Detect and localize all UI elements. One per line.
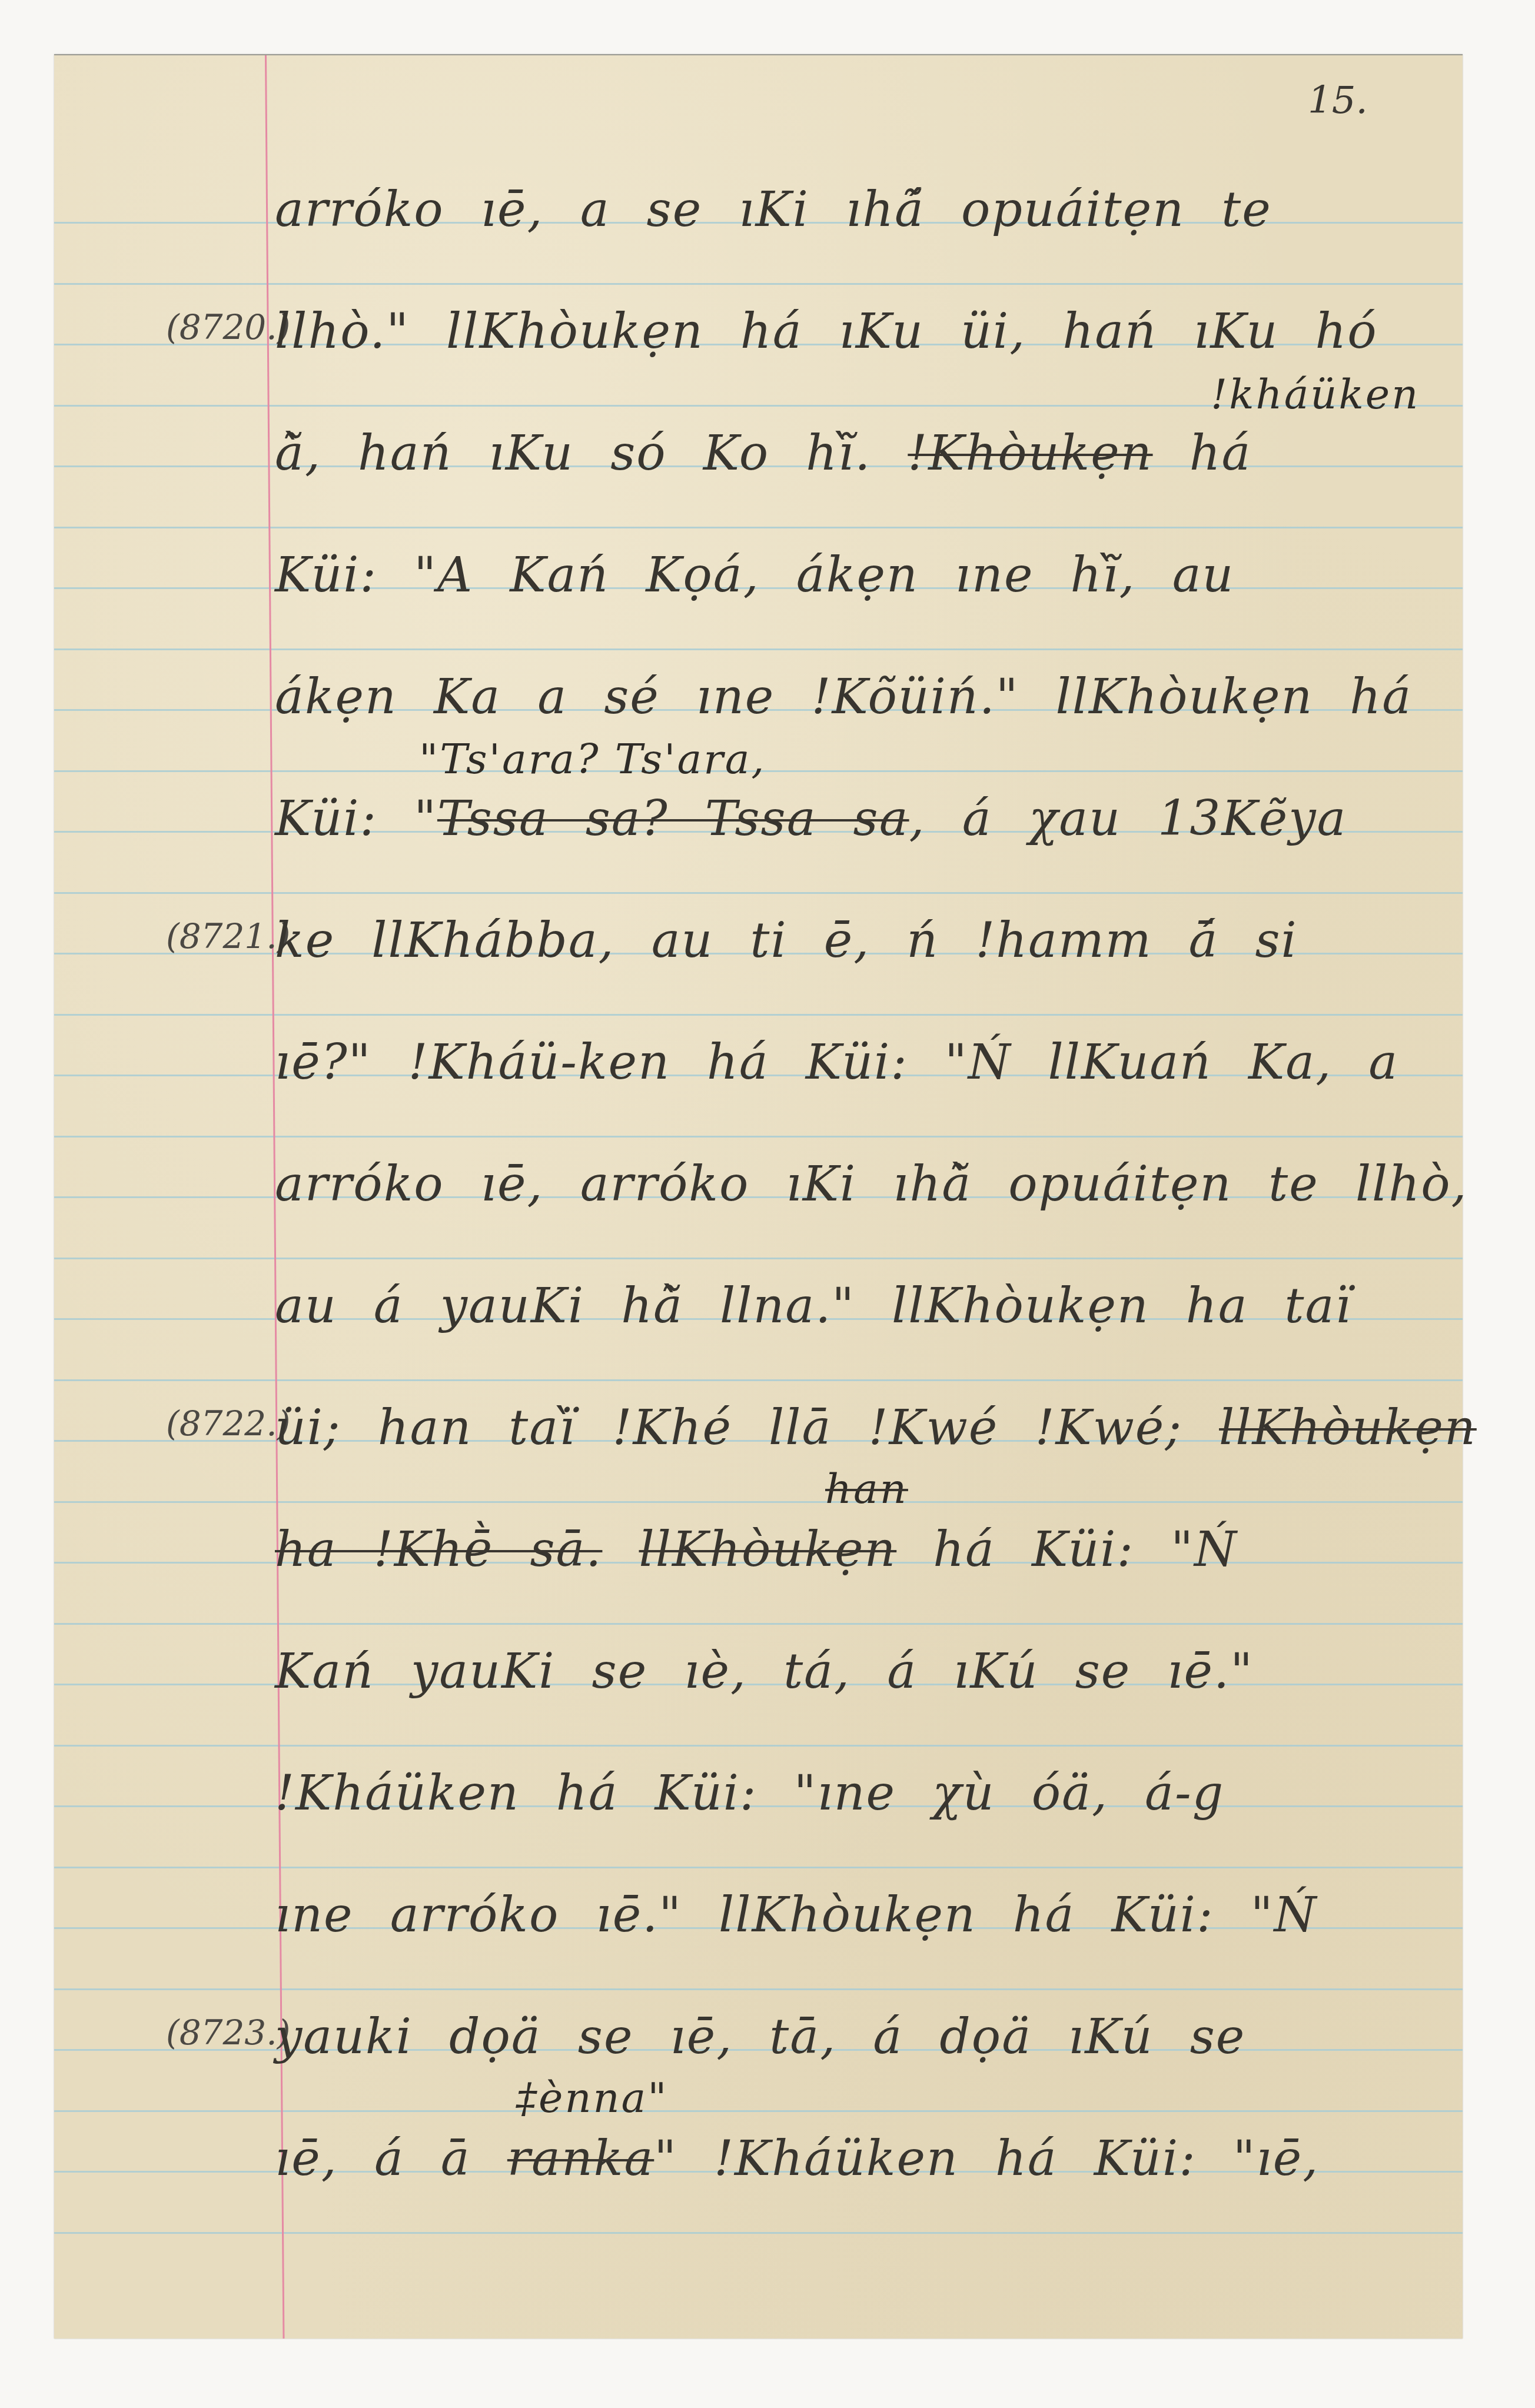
manuscript-line-3: ã̀, hań ıKu só Ko hĩ̀. !Khòukẹn há (275, 430, 1439, 478)
line-17-struck-word: ranka (507, 2131, 654, 2187)
manuscript-line-17: ıē, á ā ranka" !Kháüken há Küi: "ıē, (275, 2135, 1439, 2183)
ruled-line (54, 1014, 1463, 1016)
manuscript-line-13: Kań yauKi se ıè, tá, á ıKú se ıē." (275, 1648, 1439, 1696)
ruled-line (54, 1988, 1463, 1990)
ruled-line (54, 2232, 1463, 2234)
ruled-line (54, 283, 1463, 285)
line-3-struck-word: !Khòukẹn (908, 425, 1152, 481)
ruled-line (54, 1867, 1463, 1868)
manuscript-line-16: yauki dọä se ıē, tā, á dọä ıKú se (275, 2013, 1439, 2061)
manuscript-line-14: !Kháüken há Küi: "ıne χù óä, á-g (275, 1770, 1439, 1818)
manuscript-line-9: arróko ıē, arróko ıKi ıhã̀ opuáitẹn te l… (275, 1160, 1439, 1209)
manuscript-line-8: ıē?" !Kháü-ken há Küi: "Ń llKuań Ka, a (275, 1039, 1439, 1087)
manuscript-page: 15. (8720.) (8721.) (8722.) (8723.) !khá… (54, 54, 1463, 2339)
line-12-struck-phrase: ha !Khḕ sā. (275, 1522, 602, 1578)
manuscript-line-15: ıne arróko ıē." llKhòukẹn há Küi: "Ń (275, 1891, 1439, 1940)
manuscript-line-11: üi; han taï̀ !Khé llā !Kwé !Kwé; llKhòuk… (275, 1404, 1439, 1452)
ruled-line (54, 1379, 1463, 1381)
manuscript-line-5: ákẹn Ka a sé ıne !Kõüiń." llKhòukẹn há (275, 673, 1439, 721)
line-6-text-end: , á χau 13Kẽya (909, 791, 1347, 847)
line-12-struck-word: llKhòukẹn (639, 1522, 897, 1578)
line-17-text: ıē, á ā (275, 2131, 471, 2187)
page-number: 15. (1308, 79, 1368, 122)
ruled-line (54, 892, 1463, 894)
manuscript-line-1: arróko ıē, a se ıKi ıhã́ opuáitẹn te (275, 186, 1439, 234)
margin-reference-8722: (8722.) (166, 1403, 290, 1444)
insertion-han-struck: han (825, 1465, 908, 1513)
ruled-line (54, 527, 1463, 528)
margin-reference-8720: (8720.) (166, 307, 290, 347)
ruled-line (54, 1745, 1463, 1747)
line-6-struck-words: Tssa sa? Tssa sa (437, 791, 909, 847)
ruled-line (54, 1258, 1463, 1259)
line-12-text-end: há Küi: "Ń (896, 1522, 1237, 1578)
insertion-khaeuken: !kháüken (1211, 370, 1420, 418)
manuscript-line-4: Küi: "A Kań Kọá, ákẹn ıne hĩ̀, au (275, 551, 1439, 600)
line-3-text-end: há (1190, 425, 1252, 481)
ruled-line (54, 648, 1463, 650)
manuscript-line-6: Küi: "Tssa sa? Tssa sa, á χau 13Kẽya (275, 795, 1439, 843)
line-11-text: üi; han taï̀ !Khé llā !Kwé !Kwé; (275, 1400, 1182, 1456)
manuscript-line-10: au á yauKi hã̀ llna." llKhòukẹn ha taï (275, 1282, 1439, 1331)
manuscript-line-12: ha !Khḕ sā. llKhòukẹn há Küi: "Ń (275, 1526, 1439, 1574)
manuscript-line-2: llhò." llKhòukẹn há ıKu üi, hań ıKu hó (275, 308, 1439, 356)
line-12-gap (602, 1522, 639, 1578)
line-17-text-end: " !Kháüken há Küi: "ıē, (654, 2131, 1319, 2187)
ruled-line (54, 1136, 1463, 1138)
line-3-text: ã̀, hań ıKu só Ko hĩ̀. (275, 425, 871, 481)
margin-reference-8723: (8723.) (166, 2013, 290, 2053)
ruled-line (54, 1501, 1463, 1503)
margin-reference-8721: (8721.) (166, 916, 290, 956)
manuscript-line-7: ke llKhábba, au ti ē, ń !hamm ā́ si (275, 917, 1439, 965)
insertion-tenna: ‡ènna" (516, 2074, 669, 2122)
ruled-line (54, 2110, 1463, 2112)
line-11-struck-word: llKhòukẹn (1219, 1400, 1477, 1456)
insertion-tsara: "Ts'ara? Ts'ara, (419, 735, 766, 783)
ruled-line (54, 1623, 1463, 1625)
line-6-text: Küi: " (275, 791, 437, 847)
